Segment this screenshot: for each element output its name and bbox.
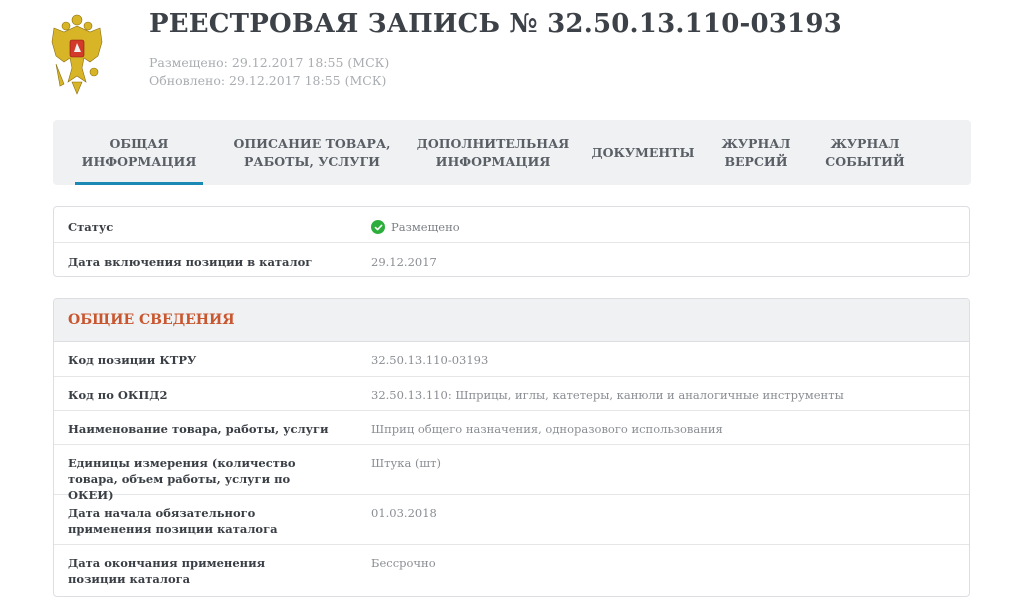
coat-of-arms-icon [50, 12, 104, 96]
table-row: Дата начала обязательного применения поз… [54, 494, 969, 544]
row-value: Шприц общего назначения, одноразового ис… [358, 421, 969, 444]
status-card: Статус Размещено Дата включения позиции … [53, 206, 970, 277]
row-label: Дата окончания применения позиции катало… [54, 555, 358, 594]
row-value: 32.50.13.110-03193 [358, 352, 969, 376]
status-row: Статус Размещено [54, 207, 969, 242]
inclusion-date-value: 29.12.2017 [358, 254, 969, 276]
tab-documents[interactable]: ДОКУМЕНТЫ [591, 120, 695, 185]
status-label: Статус [54, 219, 358, 242]
row-label: Единицы измерения (количество товара, об… [54, 455, 358, 494]
row-label: Дата начала обязательного применения поз… [54, 505, 358, 544]
tab-additional-info[interactable]: ДОПОЛНИТЕЛЬНАЯ ИНФОРМАЦИЯ [415, 120, 571, 185]
tab-general-info[interactable]: ОБЩАЯ ИНФОРМАЦИЯ [75, 120, 203, 185]
tab-event-log[interactable]: ЖУРНАЛ СОБЫТИЙ [825, 120, 905, 185]
row-value: 32.50.13.110: Шприцы, иглы, катетеры, ка… [358, 387, 969, 410]
general-info-card: ОБЩИЕ СВЕДЕНИЯ Код позиции КТРУ 32.50.13… [53, 298, 970, 597]
updated-timestamp: Обновлено: 29.12.2017 18:55 (МСК) [149, 72, 389, 90]
tab-version-log[interactable]: ЖУРНАЛ ВЕРСИЙ [721, 120, 791, 185]
table-row: Код по ОКПД2 32.50.13.110: Шприцы, иглы,… [54, 376, 969, 410]
general-info-rows: Код позиции КТРУ 32.50.13.110-03193 Код … [54, 342, 969, 594]
check-circle-icon [371, 220, 385, 234]
row-label: Код позиции КТРУ [54, 352, 358, 376]
inclusion-date-label: Дата включения позиции в каталог [54, 254, 358, 276]
table-row: Код позиции КТРУ 32.50.13.110-03193 [54, 342, 969, 376]
row-value: Бессрочно [358, 555, 969, 594]
row-label: Наименование товара, работы, услуги [54, 421, 358, 444]
status-text: Размещено [391, 219, 460, 235]
row-value: Штука (шт) [358, 455, 969, 494]
row-value: 01.03.2018 [358, 505, 969, 544]
table-row: Дата окончания применения позиции катало… [54, 544, 969, 594]
placed-timestamp: Размещено: 29.12.2017 18:55 (МСК) [149, 54, 389, 72]
table-row: Наименование товара, работы, услуги Шпри… [54, 410, 969, 444]
row-label: Код по ОКПД2 [54, 387, 358, 410]
table-row: Единицы измерения (количество товара, об… [54, 444, 969, 494]
section-heading: ОБЩИЕ СВЕДЕНИЯ [54, 299, 969, 342]
status-value: Размещено [358, 219, 969, 242]
tab-description[interactable]: ОПИСАНИЕ ТОВАРА, РАБОТЫ, УСЛУГИ [233, 120, 391, 185]
tab-bar: ОБЩАЯ ИНФОРМАЦИЯ ОПИСАНИЕ ТОВАРА, РАБОТЫ… [53, 120, 971, 185]
record-meta: Размещено: 29.12.2017 18:55 (МСК) Обновл… [149, 54, 389, 90]
inclusion-date-row: Дата включения позиции в каталог 29.12.2… [54, 242, 969, 276]
page-title: РЕЕСТРОВАЯ ЗАПИСЬ № 32.50.13.110-03193 [149, 9, 842, 39]
